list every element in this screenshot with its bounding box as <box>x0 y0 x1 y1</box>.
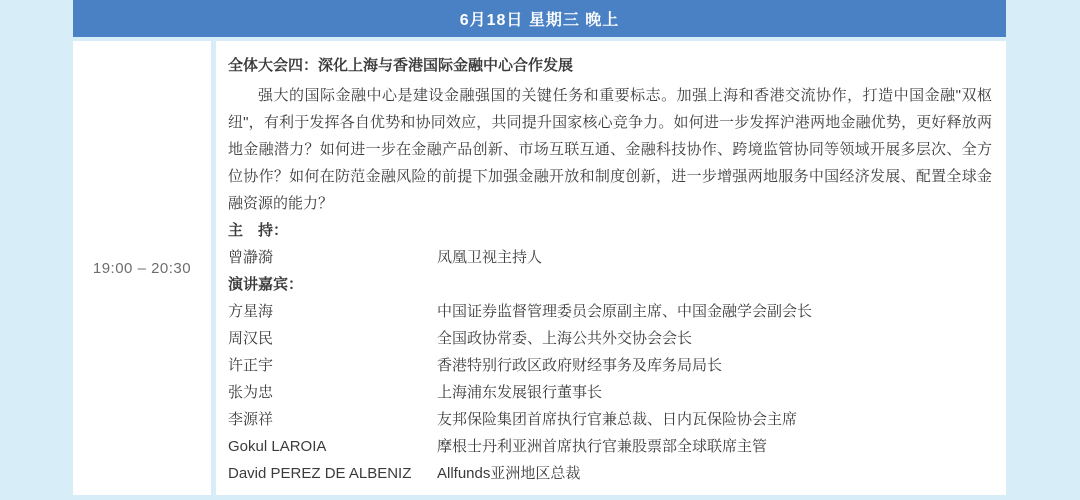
moderator-title: 凤凰卫视主持人 <box>437 244 992 271</box>
speaker-title: 友邦保险集团首席执行官兼总裁、日内瓦保险协会主席 <box>437 406 992 433</box>
speaker-title: 香港特别行政区政府财经事务及库务局局长 <box>437 352 992 379</box>
moderator-row: 曾瀞漪 凤凰卫视主持人 <box>228 244 992 271</box>
speaker-row: 方星海 中国证券监督管理委员会原副主席、中国金融学会副会长 <box>228 298 992 325</box>
speaker-row: 周汉民 全国政协常委、上海公共外交协会会长 <box>228 325 992 352</box>
speaker-name: 方星海 <box>228 298 437 325</box>
speaker-row: 李源祥 友邦保险集团首席执行官兼总裁、日内瓦保险协会主席 <box>228 406 992 433</box>
speaker-name: 周汉民 <box>228 325 437 352</box>
speaker-name: Gokul LAROIA <box>228 433 437 460</box>
speaker-row: 许正宇 香港特别行政区政府财经事务及库务局局长 <box>228 352 992 379</box>
speaker-name: 李源祥 <box>228 406 437 433</box>
speaker-row: Gokul LAROIA 摩根士丹利亚洲首席执行官兼股票部全球联席主管 <box>228 433 992 460</box>
session-title: 全体大会四：深化上海与香港国际金融中心合作发展 <box>228 53 992 79</box>
moderator-name: 曾瀞漪 <box>228 244 437 271</box>
time-slot: 19:00 – 20:30 <box>73 41 211 495</box>
agenda-sheet: 6月18日 星期三 晚上 19:00 – 20:30 全体大会四：深化上海与香港… <box>73 0 1006 495</box>
speaker-title: 摩根士丹利亚洲首席执行官兼股票部全球联席主管 <box>437 433 992 460</box>
day-header-bar: 6月18日 星期三 晚上 <box>73 0 1006 37</box>
speaker-title: 中国证券监督管理委员会原副主席、中国金融学会副会长 <box>437 298 992 325</box>
speaker-name: 张为忠 <box>228 379 437 406</box>
session-details: 全体大会四：深化上海与香港国际金融中心合作发展 强大的国际金融中心是建设金融强国… <box>216 41 1006 495</box>
speaker-row: 张为忠 上海浦东发展银行董事长 <box>228 379 992 406</box>
speaker-title: 上海浦东发展银行董事长 <box>437 379 992 406</box>
speaker-name: 许正宇 <box>228 352 437 379</box>
session-description: 强大的国际金融中心是建设金融强国的关键任务和重要标志。加强上海和香港交流协作，打… <box>228 82 992 217</box>
session-row: 19:00 – 20:30 全体大会四：深化上海与香港国际金融中心合作发展 强大… <box>73 41 1006 495</box>
speakers-label: 演讲嘉宾： <box>228 271 992 298</box>
speaker-title: 全国政协常委、上海公共外交协会会长 <box>437 325 992 352</box>
speaker-name: David PEREZ DE ALBENIZ <box>228 460 437 487</box>
speaker-row: David PEREZ DE ALBENIZ Allfunds亚洲地区总裁 <box>228 460 992 487</box>
moderator-label: 主 持： <box>228 217 992 244</box>
speaker-title: Allfunds亚洲地区总裁 <box>437 460 992 487</box>
